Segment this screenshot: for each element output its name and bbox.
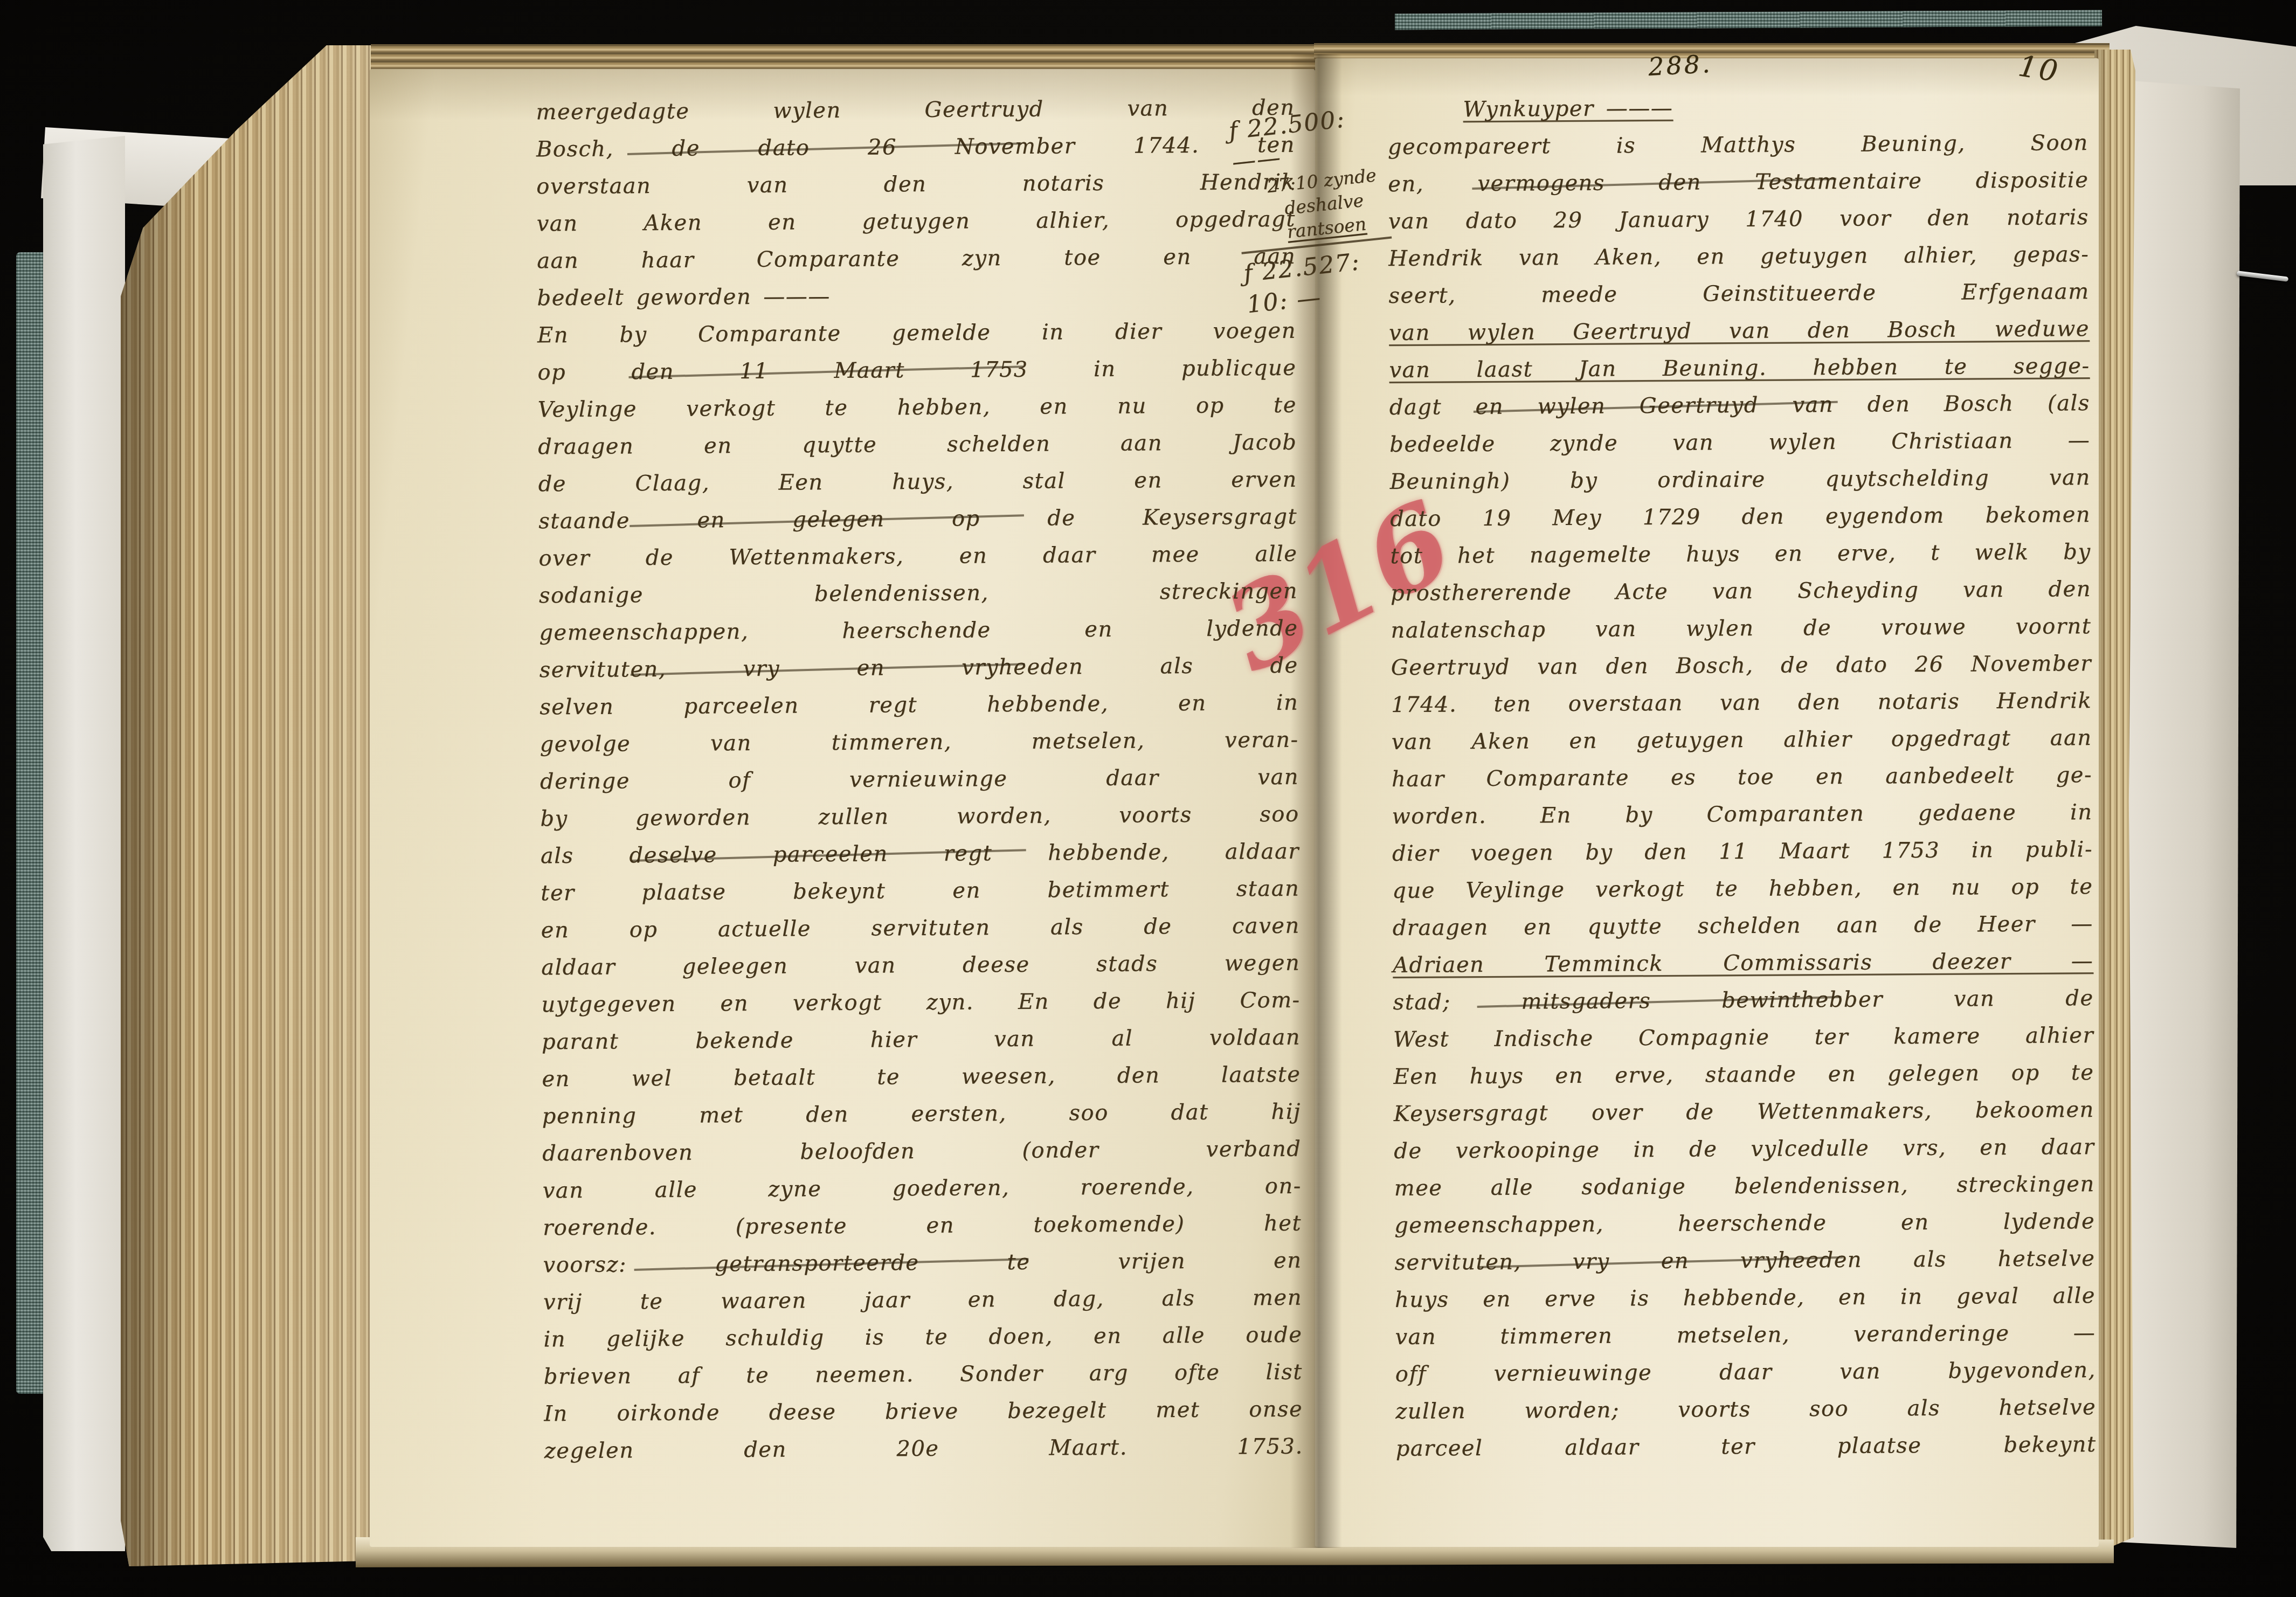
manuscript-line: dato 19 Mey 1729 den eygendom bekomen bbox=[1390, 497, 2091, 539]
manuscript-line: en, vermogens den Testamentaire disposit… bbox=[1388, 163, 2088, 204]
manuscript-line: uytgegeven en verkogt zyn. En de hij Com… bbox=[541, 983, 1300, 1025]
manuscript-line: tot het nagemelte huys en erve, t welk b… bbox=[1390, 535, 2091, 576]
cover-cloth-top-edge bbox=[1395, 10, 2102, 30]
manuscript-line: by geworden zullen worden, voorts soo bbox=[540, 797, 1299, 839]
manuscript-line: in gelijke schuldig is te doen, en alle … bbox=[543, 1318, 1302, 1360]
manuscript-line: bedeelt geworden ——— bbox=[537, 276, 1296, 319]
manuscript-line: daarenboven beloofden (onder verband bbox=[542, 1132, 1301, 1174]
manuscript-line: en op actuelle servituten als de caven bbox=[541, 909, 1299, 951]
folio-number-10: 10 bbox=[2016, 49, 2063, 88]
manuscript-line: Geertruyd van den Bosch, de dato 26 Nove… bbox=[1391, 646, 2092, 688]
clip-pin bbox=[2237, 271, 2288, 282]
book-scan-photo: 288. 10 316 ƒ 22.500: ——27:10 zyndedesha… bbox=[0, 0, 2296, 1597]
manuscript-line: Adriaen Temminck Commissaris deezer — bbox=[1393, 944, 2093, 985]
manuscript-line: prosthererende Acte van Scheyding van de… bbox=[1391, 572, 2091, 613]
manuscript-line: aldaar geleegen van deese stads wegen bbox=[541, 946, 1300, 988]
manuscript-line: Wynkuyper ——— bbox=[1387, 88, 2088, 130]
manuscript-line: als deselve parceelen regt hebbende, ald… bbox=[541, 834, 1299, 876]
manuscript-line: zullen worden; voorts soo als hetselve bbox=[1395, 1390, 2096, 1432]
manuscript-line: dagt en wylen Geertruyd van den Bosch (a… bbox=[1389, 386, 2090, 427]
guard-sheet-right bbox=[2117, 80, 2240, 1548]
manuscript-line: mee alle sodanige belendenissen, strecki… bbox=[1394, 1167, 2094, 1208]
manuscript-line: seert, meede Geinstitueerde Erfgenaam bbox=[1388, 274, 2089, 316]
manuscript-line: Bosch, de dato 26 November 1744. ten bbox=[536, 128, 1295, 170]
manuscript-line: dier voegen by den 11 Maart 1753 in publ… bbox=[1392, 832, 2093, 874]
manuscript-line: van timmeren metselen, veranderinge — bbox=[1395, 1316, 2096, 1357]
manuscript-line: gecompareert is Matthys Beuning, Soon bbox=[1388, 126, 2088, 167]
manuscript-line: selven parceelen regt hebbende, en in bbox=[540, 686, 1298, 728]
manuscript-line: van Aken en getuygen alhier opgedragt aa… bbox=[1391, 721, 2092, 762]
manuscript-line: van alle zyne goederen, roerende, on- bbox=[542, 1169, 1301, 1211]
manuscript-line: draagen en quytte schelden aan Jacob bbox=[538, 425, 1297, 467]
manuscript-line: In oirkonde deese brieve bezegelt met on… bbox=[544, 1392, 1303, 1434]
manuscript-line: de Claag, Een huys, stal en erven bbox=[538, 462, 1297, 504]
manuscript-line: deringe of vernieuwinge daar van bbox=[540, 760, 1299, 802]
manuscript-line: En by Comparante gemelde in dier voegen bbox=[537, 314, 1296, 356]
left-page-text: meergedagte wylen Geertruyd van denBosch… bbox=[536, 91, 1303, 1471]
manuscript-line: van dato 29 January 1740 voor den notari… bbox=[1388, 200, 2088, 241]
right-page-text: Wynkuyper ———gecompareert is Matthys Beu… bbox=[1387, 88, 2097, 1469]
manuscript-line: que Veylinge verkogt te hebben, en nu op… bbox=[1392, 869, 2093, 911]
manuscript-line: huys en erve is hebbende, en in geval al… bbox=[1395, 1278, 2096, 1320]
manuscript-line: Hendrik van Aken, en getuygen alhier, ge… bbox=[1388, 237, 2089, 279]
manuscript-line: roerende. (presente en toekomende) het bbox=[543, 1206, 1302, 1248]
manuscript-line: aan haar Comparante zyn toe en aan bbox=[537, 239, 1296, 281]
manuscript-line: Beuningh) by ordinaire quytschelding van bbox=[1389, 460, 2090, 502]
manuscript-line: parant bekende hier van al voldaan bbox=[542, 1020, 1301, 1062]
manuscript-line: Een huys en erve, staande en gelegen op … bbox=[1393, 1055, 2094, 1097]
manuscript-line: penning met den eersten, soo dat hij bbox=[542, 1095, 1301, 1137]
manuscript-line: gemeenschappen, heerschende en lydende bbox=[1394, 1204, 2095, 1246]
manuscript-line: over de Wettenmakers, en daar mee alle bbox=[538, 537, 1297, 579]
manuscript-line: servituten, vry en vryheeden als hetselv… bbox=[1394, 1241, 2095, 1283]
manuscript-line: sodanige belendenissen, streckingen bbox=[539, 574, 1298, 616]
manuscript-line: staande en gelegen op de Keysersgragt bbox=[538, 500, 1297, 542]
page-stack-fore-edge-left bbox=[121, 45, 399, 1566]
manuscript-line: ter plaatse bekeynt en betimmert staan bbox=[541, 872, 1299, 914]
manuscript-line: parceel aldaar ter plaatse bekeynt bbox=[1395, 1427, 2096, 1469]
manuscript-line: gevolge van timmeren, metselen, veran- bbox=[540, 723, 1298, 765]
manuscript-line: bedeelde zynde van wylen Christiaan — bbox=[1389, 423, 2090, 465]
manuscript-line: overstaan van den notaris Hendrik bbox=[536, 165, 1295, 207]
manuscript-line: worden. En by Comparanten gedaene in bbox=[1392, 795, 2092, 836]
manuscript-line: West Indische Compagnie ter kamere alhie… bbox=[1393, 1018, 2094, 1060]
manuscript-line: draagen en quytte schelden aan de Heer — bbox=[1392, 907, 2093, 948]
folio-number-288: 288. bbox=[1648, 49, 1713, 81]
manuscript-line: Veylinge verkogt te hebben, en nu op te bbox=[538, 388, 1297, 430]
manuscript-line: stad; mitsgaders bewinthebber van de bbox=[1393, 981, 2093, 1022]
manuscript-line: 1744. ten overstaan van den notaris Hend… bbox=[1391, 683, 2092, 725]
manuscript-line: van laast Jan Beuning. hebben te segge- bbox=[1389, 349, 2090, 390]
manuscript-line: Keysersgragt over de Wettenmakers, bekoo… bbox=[1394, 1093, 2094, 1134]
manuscript-line: van wylen Geertruyd van den Bosch weduwe bbox=[1389, 312, 2090, 353]
manuscript-line: haar Comparante es toe en aanbedeelt ge- bbox=[1392, 758, 2092, 799]
manuscript-line: zegelen den 20e Maart. 1753. bbox=[544, 1429, 1303, 1471]
manuscript-line: van Aken en getuygen alhier, opgedragt bbox=[536, 202, 1295, 244]
manuscript-line: gemeenschappen, heerschende en lydende bbox=[539, 611, 1298, 653]
manuscript-line: nalatenschap van wylen de vrouwe voornt bbox=[1391, 609, 2091, 651]
manuscript-line: vrij te waaren jaar en dag, als men bbox=[543, 1281, 1302, 1323]
backing-board-left bbox=[43, 136, 125, 1551]
manuscript-line: de verkoopinge in de vylcedulle vrs, en … bbox=[1394, 1130, 2094, 1171]
manuscript-line: servituten, vry en vryheeden als de bbox=[540, 648, 1298, 690]
manuscript-line: off vernieuwinge daar van bygevonden, bbox=[1395, 1353, 2096, 1394]
manuscript-line: brieven af te neemen. Sonder arg ofte li… bbox=[544, 1355, 1303, 1397]
manuscript-line: meergedagte wylen Geertruyd van den bbox=[536, 91, 1295, 133]
manuscript-line: op den 11 Maart 1753 in publicque bbox=[537, 351, 1296, 393]
manuscript-line: voorsz: getransporteerde te vrijen en bbox=[543, 1243, 1302, 1285]
manuscript-line: en wel betaalt te weesen, den laatste bbox=[542, 1057, 1301, 1100]
